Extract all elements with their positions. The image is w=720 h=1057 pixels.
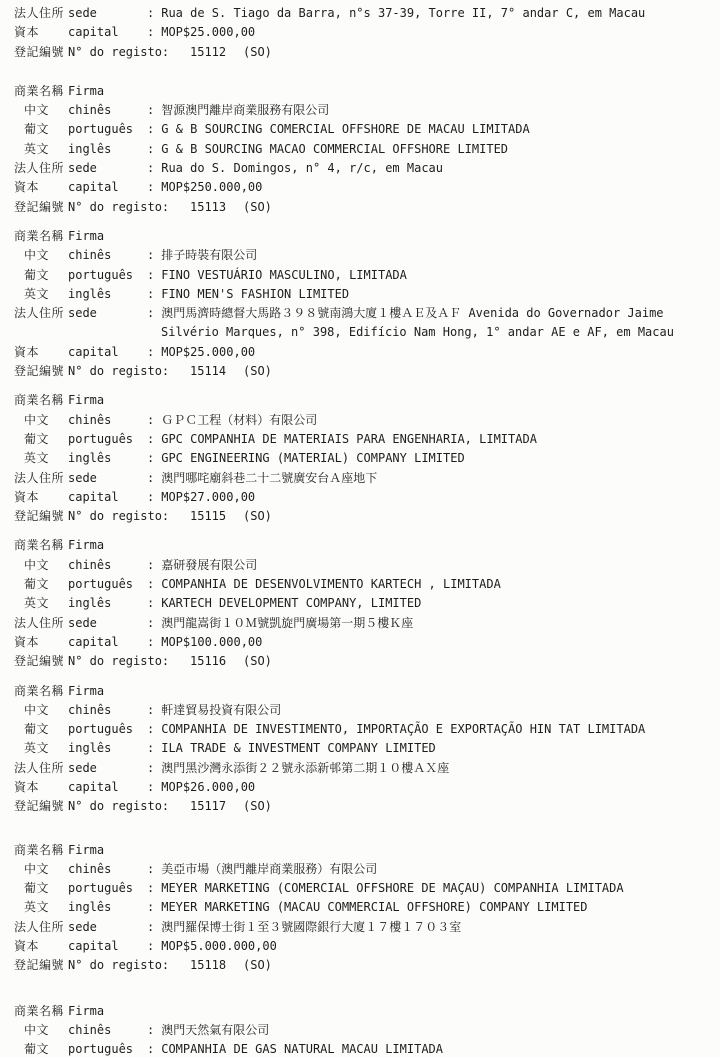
field-value: :澳門馬濟時總督大馬路３９８號南鴻大廈１樓ＡＥ及ＡＦ Avenida do Go… (147, 304, 712, 343)
field-value-text: MOP$100.000,00 (161, 635, 262, 649)
field-value-text: ILA TRADE & INVESTMENT COMPANY LIMITED (161, 741, 436, 755)
field-value: :Rua do S. Domingos, n° 4, r/c, em Macau (147, 159, 712, 178)
field-label-chinese: 登記編號 (14, 652, 64, 671)
field-label-chinese: 葡文 (24, 120, 49, 139)
field-value: :MOP$25.000,00 (147, 23, 712, 42)
colon-separator: : (147, 268, 154, 282)
firm-chinese-row: 中文chinês:澳門天然氣有限公司 (0, 1021, 720, 1040)
field-value-text: MOP$25.000,00 (161, 25, 255, 39)
field-label-chinese: 法人住所 (14, 159, 64, 178)
field-label-portuguese: chinês (68, 556, 111, 575)
field-label-chinese: 葡文 (24, 879, 49, 898)
field-label-portuguese: sede (68, 4, 97, 23)
firm-portuguese-row: 葡文português:GPC COMPANHIA DE MATERIAIS P… (0, 430, 720, 449)
field-value: :MEYER MARKETING (COMERCIAL OFFSHORE DE … (147, 879, 712, 898)
capital-row: 資本capital:MOP$250.000,00 (0, 178, 720, 197)
registration-row: 登記編號N° do registo:15116(SO) (0, 652, 720, 671)
field-label-portuguese: português (68, 1040, 133, 1057)
field-label-portuguese: chinês (68, 246, 111, 265)
field-label-chinese: 登記編號 (14, 797, 64, 816)
field-label-portuguese: português (68, 430, 133, 449)
registration-number: 15112 (190, 43, 226, 62)
colon-separator: : (147, 142, 154, 156)
firm-english-row: 英文inglês:FINO MEN'S FASHION LIMITED (0, 285, 720, 304)
field-value-text: FINO VESTUÁRIO MASCULINO, LIMITADA (161, 268, 407, 282)
firm-portuguese-row: 葡文português:COMPANHIA DE INVESTIMENTO, I… (0, 720, 720, 739)
field-label-portuguese: capital (68, 178, 119, 197)
field-label-chinese: 法人住所 (14, 614, 64, 633)
registration-row: 登記編號N° do registo:15118(SO) (0, 956, 720, 975)
field-value: :ＧＰＣ工程（材料）有限公司 (147, 411, 712, 430)
colon-separator: : (147, 413, 154, 427)
colon-separator: : (147, 1042, 154, 1056)
colon-separator: : (147, 345, 154, 359)
field-label-portuguese: inglês (68, 449, 111, 468)
firm-portuguese-row: 葡文português:COMPANHIA DE DESENVOLVIMENTO… (0, 575, 720, 594)
field-value: :智源澳門離岸商業服務有限公司 (147, 101, 712, 120)
registration-row: 登記編號N° do registo:15117(SO) (0, 797, 720, 816)
registration-row: 登記編號N° do registo:15113(SO) (0, 198, 720, 217)
firm-chinese-row: 中文chinês:智源澳門離岸商業服務有限公司 (0, 101, 720, 120)
firm-name-row: 商業名稱Firma (0, 227, 720, 246)
field-label-portuguese: N° do registo: (68, 198, 169, 217)
colon-separator: : (147, 1023, 154, 1037)
field-label-chinese: 登記編號 (14, 198, 64, 217)
field-value: :G & B SOURCING COMERCIAL OFFSHORE DE MA… (147, 120, 712, 139)
colon-separator: : (147, 939, 154, 953)
field-value-text: MOP$25.000,00 (161, 345, 255, 359)
sede-row: 法人住所sede:澳門黑沙灣永添街２２號永添新邨第二期１０樓ＡＸ座 (0, 759, 720, 778)
field-label-portuguese: sede (68, 759, 97, 778)
colon-separator: : (147, 596, 154, 610)
capital-row: 資本capital:MOP$5.000.000,00 (0, 937, 720, 956)
sede-row: 法人住所sede:澳門龍嵩街１０Ｍ號凱旋門廣場第一期５樓Ｋ座 (0, 614, 720, 633)
registration-row: 登記編號N° do registo:15112(SO) (0, 43, 720, 62)
field-label-chinese: 資本 (14, 488, 39, 507)
field-label-chinese: 商業名稱 (14, 391, 64, 410)
field-label-portuguese: sede (68, 614, 97, 633)
sede-row: 法人住所sede:澳門羅保博士街１至３號國際銀行大廈１７樓１７０３室 (0, 918, 720, 937)
firm-chinese-row: 中文chinês:嘉研發展有限公司 (0, 556, 720, 575)
firm-english-row: 英文inglês:GPC ENGINEERING (MATERIAL) COMP… (0, 449, 720, 468)
field-label-portuguese: Firma (68, 536, 104, 555)
field-value: :澳門哪咤廟斜巷二十二號廣安台Ａ座地下 (147, 469, 712, 488)
field-value: :澳門黑沙灣永添街２２號永添新邨第二期１０樓ＡＸ座 (147, 759, 712, 778)
firm-name-row: 商業名稱Firma (0, 82, 720, 101)
field-value: :MOP$5.000.000,00 (147, 937, 712, 956)
field-label-portuguese: português (68, 120, 133, 139)
field-label-portuguese: Firma (68, 841, 104, 860)
field-label-chinese: 商業名稱 (14, 682, 64, 701)
colon-separator: : (147, 6, 154, 20)
field-value: :GPC COMPANHIA DE MATERIAIS PARA ENGENHA… (147, 430, 712, 449)
field-value: :嘉研發展有限公司 (147, 556, 712, 575)
colon-separator: : (147, 703, 154, 717)
field-label-chinese: 資本 (14, 633, 39, 652)
field-label-chinese: 資本 (14, 937, 39, 956)
registration-number: 15117 (190, 797, 226, 816)
registry-entry: 商業名稱Firma中文chinês:ＧＰＣ工程（材料）有限公司葡文portugu… (0, 391, 720, 526)
field-label-chinese: 資本 (14, 178, 39, 197)
field-label-portuguese: português (68, 720, 133, 739)
field-label-chinese: 中文 (24, 246, 49, 265)
capital-row: 資本capital:MOP$25.000,00 (0, 23, 720, 42)
field-value: :ILA TRADE & INVESTMENT COMPANY LIMITED (147, 739, 712, 758)
field-label-portuguese: inglês (68, 739, 111, 758)
capital-row: 資本capital:MOP$26.000,00 (0, 778, 720, 797)
field-label-chinese: 法人住所 (14, 759, 64, 778)
field-value-text: 澳門天然氣有限公司 (161, 1023, 269, 1037)
sede-row: 法人住所sede:澳門哪咤廟斜巷二十二號廣安台Ａ座地下 (0, 469, 720, 488)
field-value-text: MOP$250.000,00 (161, 180, 262, 194)
colon-separator: : (147, 248, 154, 262)
field-label-chinese: 登記編號 (14, 362, 64, 381)
field-value: :美亞市場（澳門離岸商業服務）有限公司 (147, 860, 712, 879)
field-label-chinese: 英文 (24, 594, 49, 613)
field-label-chinese: 中文 (24, 411, 49, 430)
registration-suffix: (SO) (243, 956, 272, 975)
firm-english-row: 英文inglês:KARTECH DEVELOPMENT COMPANY, LI… (0, 594, 720, 613)
capital-row: 資本capital:MOP$27.000,00 (0, 488, 720, 507)
field-value-text: 嘉研發展有限公司 (161, 558, 257, 572)
field-label-chinese: 資本 (14, 23, 39, 42)
registry-entry: 商業名稱Firma中文chinês:智源澳門離岸商業服務有限公司葡文portug… (0, 82, 720, 217)
field-label-portuguese: Firma (68, 682, 104, 701)
field-label-portuguese: Firma (68, 391, 104, 410)
field-label-chinese: 法人住所 (14, 918, 64, 937)
colon-separator: : (147, 577, 154, 591)
field-label-portuguese: sede (68, 159, 97, 178)
registry-entry: 商業名稱Firma中文chinês:嘉研發展有限公司葡文português:CO… (0, 536, 720, 671)
firm-english-row: 英文inglês:ILA TRADE & INVESTMENT COMPANY … (0, 739, 720, 758)
field-value-text: 澳門黑沙灣永添街２２號永添新邨第二期１０樓ＡＸ座 (161, 761, 449, 775)
field-value-text: 智源澳門離岸商業服務有限公司 (161, 103, 329, 117)
field-value: :COMPANHIA DE GAS NATURAL MACAU LIMITADA (147, 1040, 712, 1057)
field-label-chinese: 登記編號 (14, 507, 64, 526)
registration-number: 15113 (190, 198, 226, 217)
field-label-chinese: 法人住所 (14, 469, 64, 488)
capital-row: 資本capital:MOP$100.000,00 (0, 633, 720, 652)
colon-separator: : (147, 881, 154, 895)
colon-separator: : (147, 161, 154, 175)
field-label-chinese: 葡文 (24, 266, 49, 285)
field-value-text: 澳門馬濟時總督大馬路３９８號南鴻大廈１樓ＡＥ及ＡＦ Avenida do Gov… (161, 306, 674, 339)
colon-separator: : (147, 722, 154, 736)
colon-separator: : (147, 558, 154, 572)
field-value-text: MEYER MARKETING (MACAU COMMERCIAL OFFSHO… (161, 900, 587, 914)
field-label-chinese: 英文 (24, 285, 49, 304)
field-label-portuguese: capital (68, 937, 119, 956)
field-value-text: MEYER MARKETING (COMERCIAL OFFSHORE DE M… (161, 881, 623, 895)
registration-row: 登記編號N° do registo:15115(SO) (0, 507, 720, 526)
field-value-text: MOP$5.000.000,00 (161, 939, 277, 953)
field-label-chinese: 商業名稱 (14, 841, 64, 860)
registration-number: 15115 (190, 507, 226, 526)
colon-separator: : (147, 103, 154, 117)
field-label-chinese: 商業名稱 (14, 1002, 64, 1021)
field-label-portuguese: Firma (68, 82, 104, 101)
field-label-chinese: 中文 (24, 1021, 49, 1040)
field-label-chinese: 英文 (24, 140, 49, 159)
field-value-text: COMPANHIA DE GAS NATURAL MACAU LIMITADA (161, 1042, 443, 1056)
colon-separator: : (147, 761, 154, 775)
colon-separator: : (147, 306, 154, 320)
registration-number: 15118 (190, 956, 226, 975)
field-value: :FINO MEN'S FASHION LIMITED (147, 285, 712, 304)
firm-chinese-row: 中文chinês:ＧＰＣ工程（材料）有限公司 (0, 411, 720, 430)
firm-name-row: 商業名稱Firma (0, 682, 720, 701)
field-label-chinese: 商業名稱 (14, 536, 64, 555)
colon-separator: : (147, 920, 154, 934)
field-label-chinese: 法人住所 (14, 4, 64, 23)
field-label-chinese: 登記編號 (14, 956, 64, 975)
field-value: :MOP$26.000,00 (147, 778, 712, 797)
registry-entry: 商業名稱Firma中文chinês:美亞市場（澳門離岸商業服務）有限公司葡文po… (0, 841, 720, 976)
field-value-text: Rua do S. Domingos, n° 4, r/c, em Macau (161, 161, 443, 175)
field-value: :澳門羅保博士街１至３號國際銀行大廈１７樓１７０３室 (147, 918, 712, 937)
field-label-portuguese: N° do registo: (68, 507, 169, 526)
field-value-text: 澳門哪咤廟斜巷二十二號廣安台Ａ座地下 (161, 471, 377, 485)
field-label-portuguese: português (68, 266, 133, 285)
field-value: :MOP$27.000,00 (147, 488, 712, 507)
field-label-chinese: 商業名稱 (14, 227, 64, 246)
field-label-chinese: 法人住所 (14, 304, 64, 323)
colon-separator: : (147, 862, 154, 876)
registry-entries: 法人住所sede:Rua de S. Tiago da Barra, n°s 3… (0, 4, 720, 1057)
registration-suffix: (SO) (243, 507, 272, 526)
field-value: :MOP$25.000,00 (147, 343, 712, 362)
registration-number: 15116 (190, 652, 226, 671)
field-value-text: COMPANHIA DE INVESTIMENTO, IMPORTAÇÃO E … (161, 722, 645, 736)
field-value: :Rua de S. Tiago da Barra, n°s 37-39, To… (147, 4, 712, 23)
colon-separator: : (147, 451, 154, 465)
capital-row: 資本capital:MOP$25.000,00 (0, 343, 720, 362)
field-value: :澳門龍嵩街１０Ｍ號凱旋門廣場第一期５樓Ｋ座 (147, 614, 712, 633)
field-value-text: 澳門羅保博士街１至３號國際銀行大廈１７樓１７０３室 (161, 920, 461, 934)
field-value: :COMPANHIA DE DESENVOLVIMENTO KARTECH , … (147, 575, 712, 594)
sede-row: 法人住所sede:Rua de S. Tiago da Barra, n°s 3… (0, 4, 720, 23)
field-label-portuguese: N° do registo: (68, 362, 169, 381)
colon-separator: : (147, 741, 154, 755)
field-label-chinese: 葡文 (24, 430, 49, 449)
field-label-chinese: 英文 (24, 739, 49, 758)
firm-chinese-row: 中文chinês:軒達貿易投資有限公司 (0, 701, 720, 720)
field-label-chinese: 登記編號 (14, 43, 64, 62)
field-label-portuguese: capital (68, 343, 119, 362)
field-value: :MOP$100.000,00 (147, 633, 712, 652)
field-value-text: GPC ENGINEERING (MATERIAL) COMPANY LIMIT… (161, 451, 464, 465)
field-label-chinese: 葡文 (24, 1040, 49, 1057)
field-value: :KARTECH DEVELOPMENT COMPANY, LIMITED (147, 594, 712, 613)
field-value: :COMPANHIA DE INVESTIMENTO, IMPORTAÇÃO E… (147, 720, 712, 739)
field-label-portuguese: chinês (68, 411, 111, 430)
sede-row: 法人住所sede:Rua do S. Domingos, n° 4, r/c, … (0, 159, 720, 178)
firm-name-row: 商業名稱Firma (0, 841, 720, 860)
registry-entry: 商業名稱Firma中文chinês:澳門天然氣有限公司葡文português:C… (0, 1002, 720, 1057)
field-label-portuguese: N° do registo: (68, 797, 169, 816)
field-value: :澳門天然氣有限公司 (147, 1021, 712, 1040)
field-label-chinese: 葡文 (24, 720, 49, 739)
field-label-chinese: 資本 (14, 343, 39, 362)
field-label-chinese: 中文 (24, 101, 49, 120)
firm-chinese-row: 中文chinês:排子時裝有限公司 (0, 246, 720, 265)
colon-separator: : (147, 471, 154, 485)
registration-suffix: (SO) (243, 362, 272, 381)
field-label-chinese: 商業名稱 (14, 82, 64, 101)
field-value: :排子時裝有限公司 (147, 246, 712, 265)
firm-name-row: 商業名稱Firma (0, 1002, 720, 1021)
field-label-portuguese: sede (68, 918, 97, 937)
colon-separator: : (147, 616, 154, 630)
field-label-portuguese: Firma (68, 227, 104, 246)
field-label-portuguese: capital (68, 633, 119, 652)
field-label-portuguese: chinês (68, 1021, 111, 1040)
field-value: :FINO VESTUÁRIO MASCULINO, LIMITADA (147, 266, 712, 285)
registration-number: 15114 (190, 362, 226, 381)
field-value: :MOP$250.000,00 (147, 178, 712, 197)
field-label-portuguese: sede (68, 469, 97, 488)
field-value-text: MOP$26.000,00 (161, 780, 255, 794)
colon-separator: : (147, 25, 154, 39)
firm-chinese-row: 中文chinês:美亞市場（澳門離岸商業服務）有限公司 (0, 860, 720, 879)
field-value: :MEYER MARKETING (MACAU COMMERCIAL OFFSH… (147, 898, 712, 917)
field-label-portuguese: português (68, 575, 133, 594)
field-label-portuguese: sede (68, 304, 97, 323)
registry-gazette-page: 法人住所sede:Rua de S. Tiago da Barra, n°s 3… (0, 0, 720, 1057)
field-label-chinese: 資本 (14, 778, 39, 797)
colon-separator: : (147, 180, 154, 194)
field-label-chinese: 中文 (24, 701, 49, 720)
colon-separator: : (147, 432, 154, 446)
registry-entry: 法人住所sede:Rua de S. Tiago da Barra, n°s 3… (0, 4, 720, 62)
field-value-text: G & B SOURCING MACAO COMMERCIAL OFFSHORE… (161, 142, 508, 156)
field-value-text: Rua de S. Tiago da Barra, n°s 37-39, Tor… (161, 6, 645, 20)
field-label-portuguese: capital (68, 778, 119, 797)
colon-separator: : (147, 287, 154, 301)
field-label-portuguese: português (68, 879, 133, 898)
field-label-portuguese: capital (68, 23, 119, 42)
field-label-portuguese: N° do registo: (68, 43, 169, 62)
firm-portuguese-row: 葡文português:G & B SOURCING COMERCIAL OFF… (0, 120, 720, 139)
field-value: :軒達貿易投資有限公司 (147, 701, 712, 720)
field-value-text: GPC COMPANHIA DE MATERIAIS PARA ENGENHAR… (161, 432, 537, 446)
field-label-chinese: 中文 (24, 556, 49, 575)
field-label-portuguese: N° do registo: (68, 956, 169, 975)
field-label-portuguese: N° do registo: (68, 652, 169, 671)
firm-english-row: 英文inglês:MEYER MARKETING (MACAU COMMERCI… (0, 898, 720, 917)
field-label-portuguese: chinês (68, 101, 111, 120)
field-value-text: 排子時裝有限公司 (161, 248, 257, 262)
field-label-chinese: 中文 (24, 860, 49, 879)
field-value-text: MOP$27.000,00 (161, 490, 255, 504)
field-value-text: ＧＰＣ工程（材料）有限公司 (161, 413, 317, 427)
registration-suffix: (SO) (243, 797, 272, 816)
firm-portuguese-row: 葡文português:COMPANHIA DE GAS NATURAL MAC… (0, 1040, 720, 1057)
field-label-portuguese: chinês (68, 860, 111, 879)
field-label-portuguese: chinês (68, 701, 111, 720)
colon-separator: : (147, 780, 154, 794)
field-label-portuguese: inglês (68, 594, 111, 613)
field-label-chinese: 英文 (24, 449, 49, 468)
field-value-text: KARTECH DEVELOPMENT COMPANY, LIMITED (161, 596, 421, 610)
colon-separator: : (147, 122, 154, 136)
field-label-portuguese: inglês (68, 898, 111, 917)
field-value-text: 美亞市場（澳門離岸商業服務）有限公司 (161, 862, 377, 876)
colon-separator: : (147, 635, 154, 649)
field-value-text: 軒達貿易投資有限公司 (161, 703, 281, 717)
firm-portuguese-row: 葡文português:MEYER MARKETING (COMERCIAL O… (0, 879, 720, 898)
field-value: :G & B SOURCING MACAO COMMERCIAL OFFSHOR… (147, 140, 712, 159)
registration-row: 登記編號N° do registo:15114(SO) (0, 362, 720, 381)
field-label-chinese: 葡文 (24, 575, 49, 594)
field-label-portuguese: inglês (68, 285, 111, 304)
registration-suffix: (SO) (243, 652, 272, 671)
sede-row: 法人住所sede:澳門馬濟時總督大馬路３９８號南鴻大廈１樓ＡＥ及ＡＦ Aveni… (0, 304, 720, 343)
firm-portuguese-row: 葡文português:FINO VESTUÁRIO MASCULINO, LI… (0, 266, 720, 285)
registration-suffix: (SO) (243, 43, 272, 62)
field-value-text: FINO MEN'S FASHION LIMITED (161, 287, 349, 301)
field-label-portuguese: capital (68, 488, 119, 507)
field-label-chinese: 英文 (24, 898, 49, 917)
field-value-text: G & B SOURCING COMERCIAL OFFSHORE DE MAC… (161, 122, 529, 136)
firm-name-row: 商業名稱Firma (0, 391, 720, 410)
registry-entry: 商業名稱Firma中文chinês:軒達貿易投資有限公司葡文português:… (0, 682, 720, 817)
field-value-text: COMPANHIA DE DESENVOLVIMENTO KARTECH , L… (161, 577, 501, 591)
colon-separator: : (147, 900, 154, 914)
field-value-text: 澳門龍嵩街１０Ｍ號凱旋門廣場第一期５樓Ｋ座 (161, 616, 413, 630)
field-label-portuguese: inglês (68, 140, 111, 159)
registry-entry: 商業名稱Firma中文chinês:排子時裝有限公司葡文português:FI… (0, 227, 720, 381)
firm-name-row: 商業名稱Firma (0, 536, 720, 555)
firm-english-row: 英文inglês:G & B SOURCING MACAO COMMERCIAL… (0, 140, 720, 159)
field-value: :GPC ENGINEERING (MATERIAL) COMPANY LIMI… (147, 449, 712, 468)
field-label-portuguese: Firma (68, 1002, 104, 1021)
registration-suffix: (SO) (243, 198, 272, 217)
colon-separator: : (147, 490, 154, 504)
